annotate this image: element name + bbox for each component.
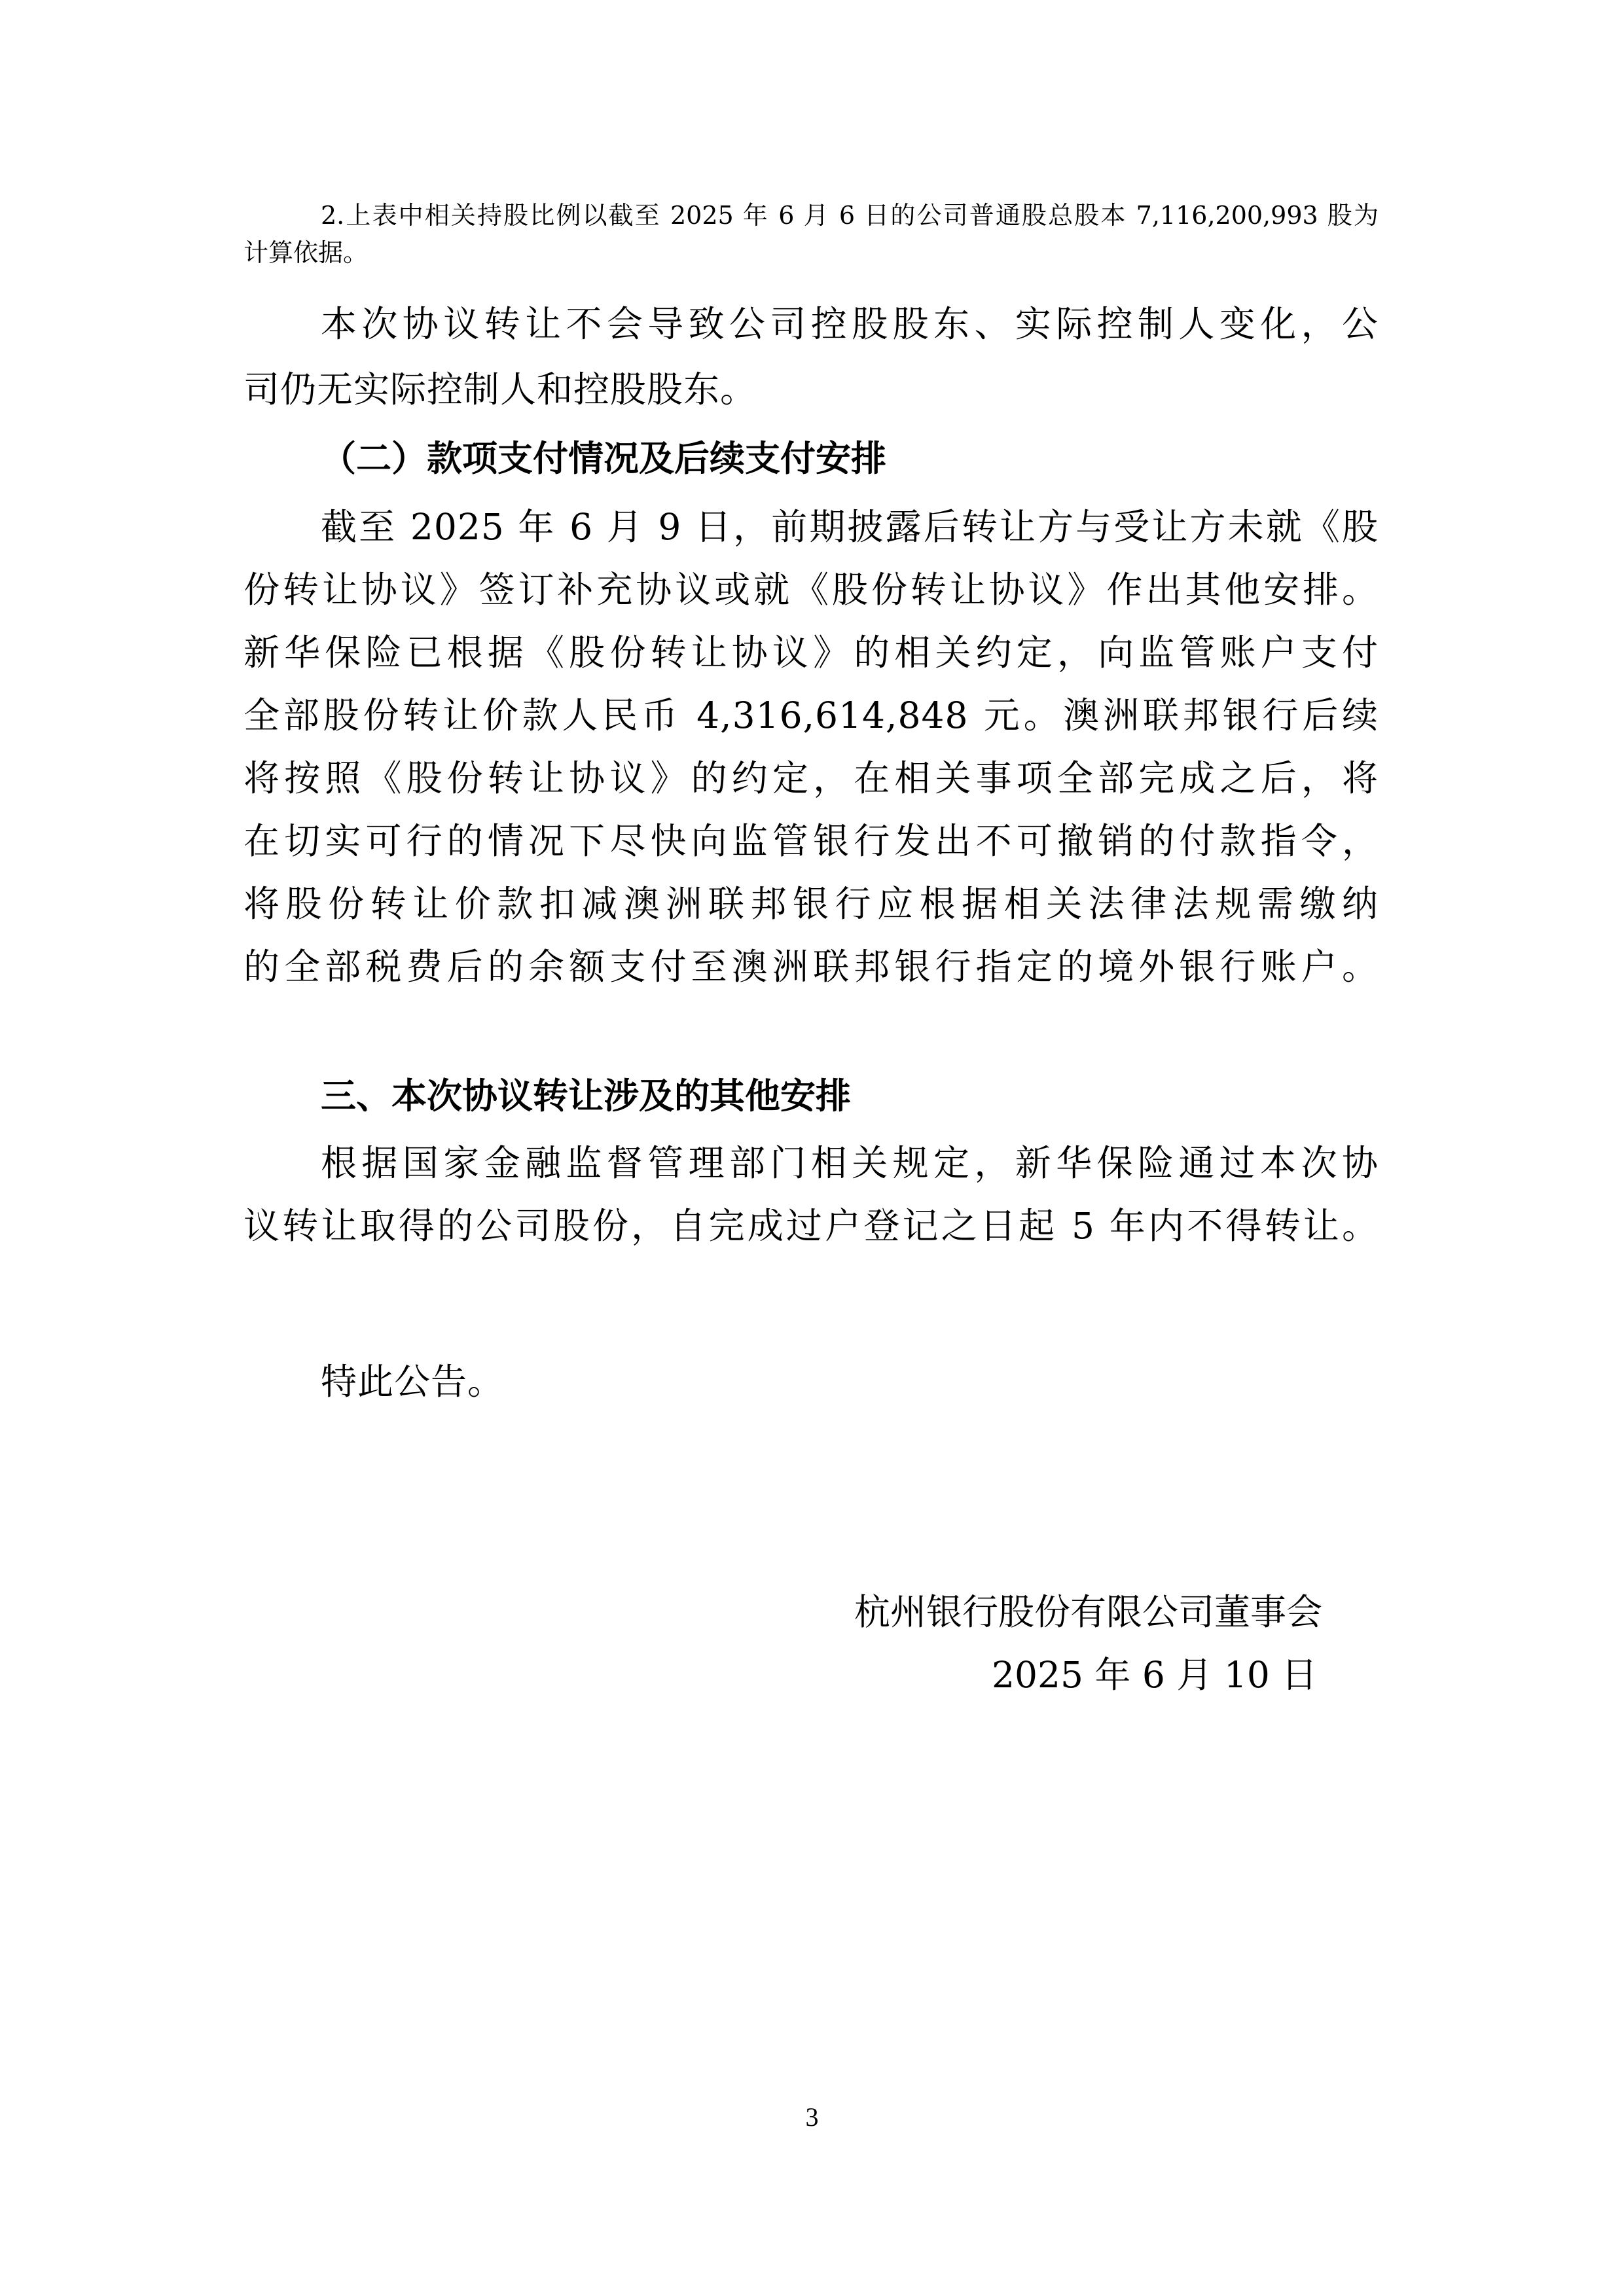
paragraph-payment-line-5: 将按照《股份转让协议》的约定，在相关事项全部完成之后，将 bbox=[244, 755, 1379, 801]
section-heading-other-arrangements: 三、本次协议转让涉及的其他安排 bbox=[244, 1073, 1379, 1119]
paragraph-control-line-1: 本次协议转让不会导致公司控股股东、实际控制人变化，公 bbox=[244, 301, 1379, 347]
section-heading-payment: （二）款项支付情况及后续支付安排 bbox=[244, 436, 1379, 482]
paragraph-payment-line-6: 在切实可行的情况下尽快向监管银行发出不可撤销的付款指令， bbox=[244, 818, 1379, 864]
paragraph-payment-line-1: 截至 2025 年 6 月 9 日，前期披露后转让方与受让方未就《股 bbox=[244, 504, 1379, 550]
paragraph-payment-line-4: 全部股份转让价款人民币 4,316,614,848 元。澳洲联邦银行后续 bbox=[244, 692, 1379, 738]
paragraph-lockup-line-2: 议转让取得的公司股份，自完成过户登记之日起 5 年内不得转让。 bbox=[244, 1203, 1379, 1249]
table-footnote-line-1: 2.上表中相关持股比例以截至 2025 年 6 月 6 日的公司普通股总股本 7… bbox=[244, 200, 1379, 231]
paragraph-payment-line-2: 份转让协议》签订补充协议或就《股份转让协议》作出其他安排。 bbox=[244, 567, 1379, 613]
signature-issuer: 杭州银行股份有限公司董事会 bbox=[854, 1589, 1322, 1635]
paragraph-lockup-line-1: 根据国家金融监督管理部门相关规定，新华保险通过本次协 bbox=[244, 1140, 1379, 1186]
page-number: 3 bbox=[0, 2101, 1624, 2134]
closing-statement: 特此公告。 bbox=[244, 1359, 1379, 1405]
document-page: 2.上表中相关持股比例以截至 2025 年 6 月 6 日的公司普通股总股本 7… bbox=[0, 0, 1624, 2296]
paragraph-control-line-2: 司仍无实际控制人和控股股东。 bbox=[244, 367, 1379, 412]
paragraph-payment-line-7: 将股份转让价款扣减澳洲联邦银行应根据相关法律法规需缴纳 bbox=[244, 881, 1379, 927]
paragraph-payment-line-3: 新华保险已根据《股份转让协议》的相关约定，向监管账户支付 bbox=[244, 630, 1379, 675]
paragraph-payment-line-8: 的全部税费后的余额支付至澳洲联邦银行指定的境外银行账户。 bbox=[244, 944, 1379, 990]
signature-date: 2025 年 6 月 10 日 bbox=[992, 1652, 1317, 1698]
table-footnote-line-2: 计算依据。 bbox=[244, 237, 1379, 268]
